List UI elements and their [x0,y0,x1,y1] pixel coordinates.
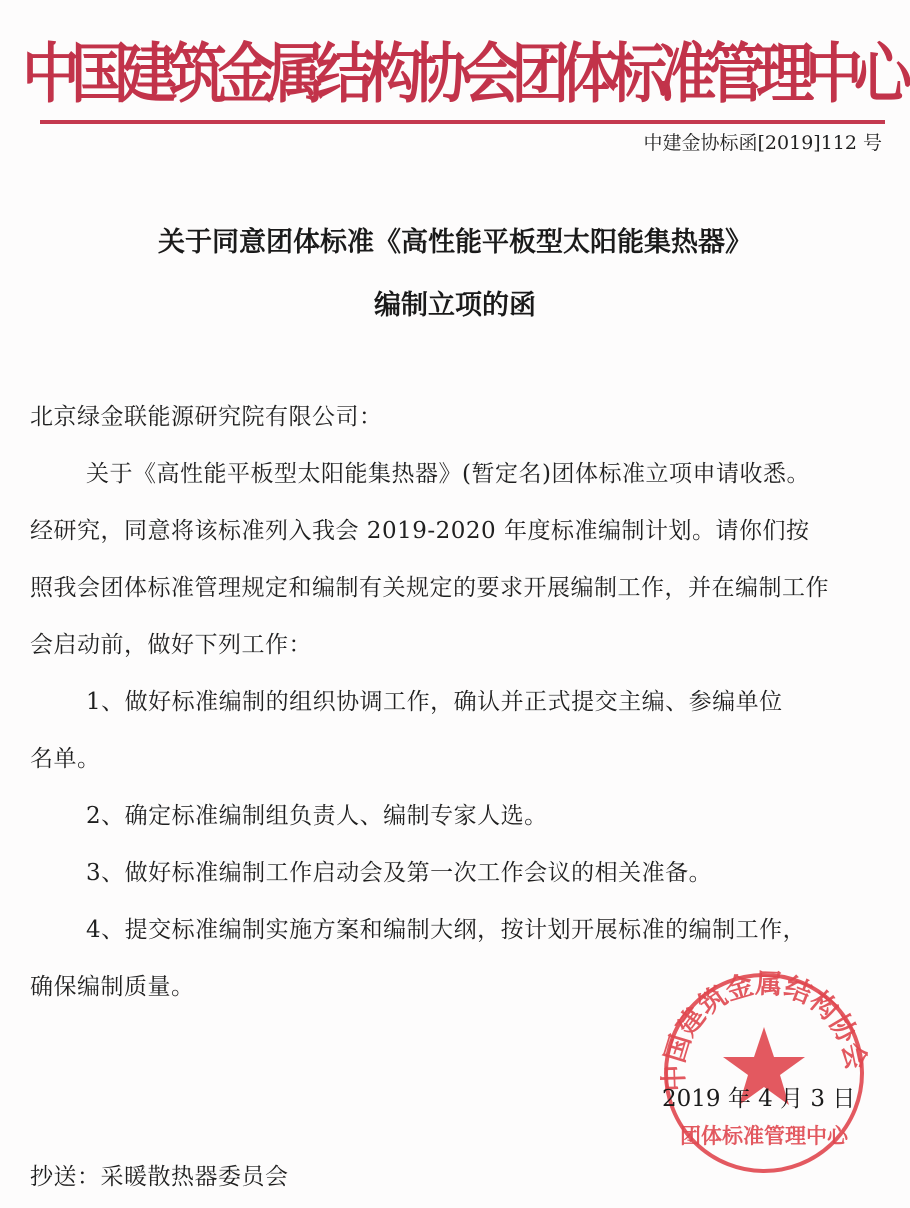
paragraph-line: 经研究，同意将该标准列入我会 2019-2020 年度标准编制计划。请你们按 [30,512,809,545]
letterhead-char: 金 [218,21,266,115]
letterhead-char: 构 [365,21,413,115]
list-item-4-line-1: 4、提交标准编制实施方案和编制大纲，按计划开展标准的编制工作， [86,911,806,944]
letterhead-title: 中 国 建 筑 金 属 结 构 协 会 团 体 标 准 管 理 中 心 [22,23,902,113]
paragraph-line: 照我会团体标准管理规定和编制有关规定的要求开展编制工作，并在编制工作 [30,569,829,602]
document-title-line-1: 关于同意团体标准《高性能平板型太阳能集热器》 [0,220,910,259]
letterhead-char: 协 [414,21,462,115]
paragraph-line: 关于《高性能平板型太阳能集热器》(暂定名)团体标准立项申请收悉。 [86,455,810,488]
letterhead-char: 团 [511,21,559,115]
signature-date: 2019 年 4 月 3 日 [662,1080,855,1113]
document-title-line-2: 编制立项的函 [0,283,910,322]
letterhead-char: 中 [805,21,853,115]
list-item-1-line-1: 1、做好标准编制的组织协调工作，确认并正式提交主编、参编单位 [86,683,783,716]
letterhead-char: 管 [707,21,755,115]
letterhead-char: 属 [267,21,315,115]
letterhead-char: 国 [71,21,119,115]
cc-line: 抄送：采暖散热器委员会 [30,1158,289,1191]
list-item-1-line-2: 名单。 [30,740,101,773]
document-page: 中 国 建 筑 金 属 结 构 协 会 团 体 标 准 管 理 中 心 中建金协… [0,0,910,1208]
letterhead-char: 会 [462,21,510,115]
letterhead-divider [40,120,885,124]
list-item-4-line-2: 确保编制质量。 [30,968,195,1001]
list-item-2: 2、确定标准编制组负责人、编制专家人选。 [86,797,548,830]
letterhead-char: 体 [560,21,608,115]
letterhead-char: 筑 [169,21,217,115]
letterhead-char: 理 [756,21,804,115]
letterhead-char: 结 [316,21,364,115]
letterhead-char: 心 [854,21,902,115]
document-number: 中建金协标函[2019]112 号 [644,128,882,155]
letterhead-char: 标 [609,21,657,115]
official-seal-icon: 中国建筑金属结构协会 团体标准管理中心 [648,965,878,1175]
paragraph-line: 会启动前，做好下列工作： [30,626,312,659]
letterhead-char: 准 [658,21,706,115]
list-item-3: 3、做好标准编制工作启动会及第一次工作会议的相关准备。 [86,854,712,887]
addressee: 北京绿金联能源研究院有限公司： [30,398,383,431]
seal-bottom-text: 团体标准管理中心 [680,1124,849,1148]
letterhead-char: 建 [120,21,168,115]
letterhead-char: 中 [22,21,70,115]
